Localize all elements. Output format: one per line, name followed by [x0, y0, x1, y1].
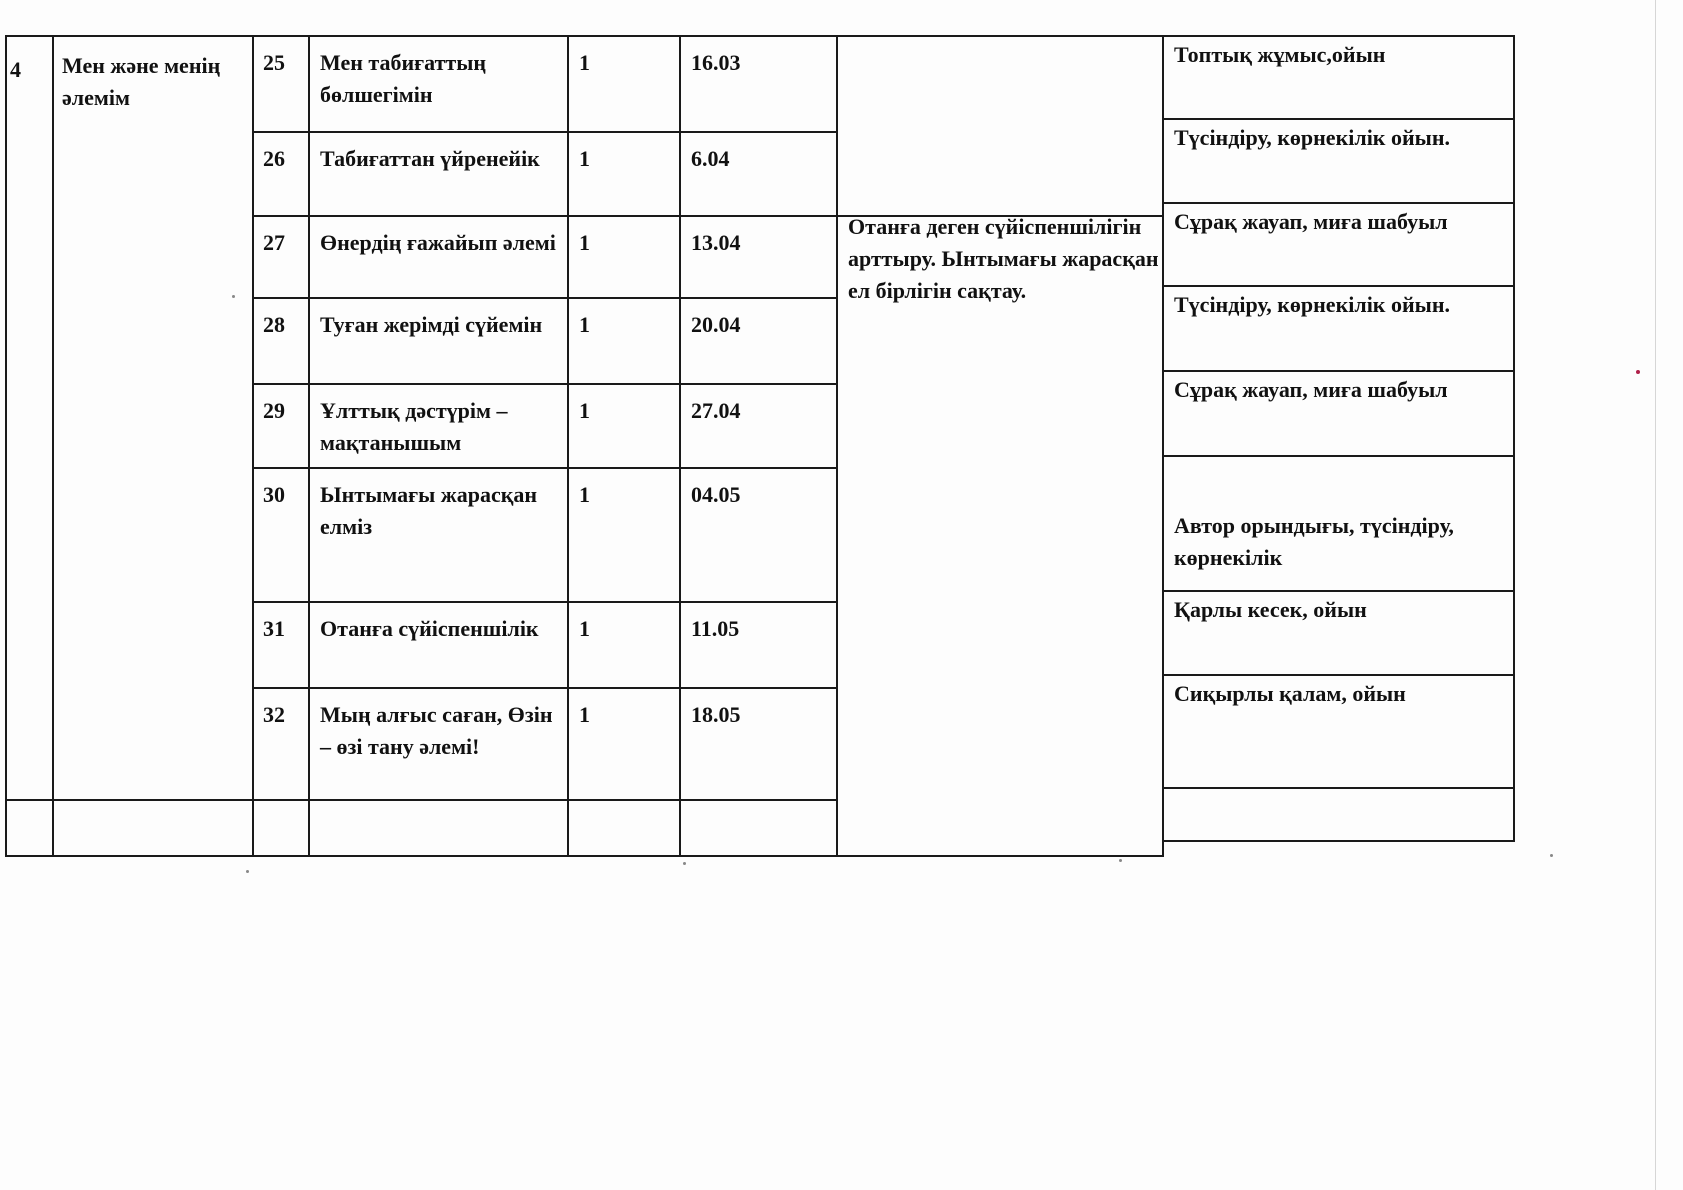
lesson-method: Қарлы кесек, ойын	[1174, 594, 1504, 626]
lesson-date: 13.04	[691, 227, 831, 259]
lesson-hours: 1	[579, 395, 669, 427]
lesson-hours: 1	[579, 479, 669, 511]
table-rule	[5, 35, 7, 857]
lesson-number: 27	[263, 227, 308, 259]
lesson-number: 30	[263, 479, 308, 511]
page-edge	[1655, 0, 1656, 1190]
lesson-number: 25	[263, 47, 308, 79]
lesson-method: Сұрақ жауап, миға шабуыл	[1174, 374, 1504, 406]
table-rule	[1162, 285, 1515, 287]
lesson-hours: 1	[579, 699, 669, 731]
table-rule	[5, 799, 254, 801]
table-rule	[252, 383, 838, 385]
table-rule	[252, 687, 838, 689]
lesson-topic: Туған жерімді сүйемін	[320, 309, 560, 341]
table-rule	[1513, 35, 1515, 842]
lesson-topic: Мың алғыс саған, Өзін – өзі тану әлемі!	[320, 699, 560, 763]
table-rule	[567, 35, 569, 857]
lesson-method: Түсіндіру, көрнекілік ойын.	[1174, 289, 1504, 321]
table-rule	[5, 35, 1515, 37]
lesson-date: 04.05	[691, 479, 831, 511]
lesson-hours: 1	[579, 227, 669, 259]
lesson-topic: Мен табиғаттың бөлшегімін	[320, 47, 560, 111]
lesson-number: 31	[263, 613, 308, 645]
table-rule	[252, 799, 838, 801]
lesson-hours: 1	[579, 309, 669, 341]
lesson-method: Сиқырлы қалам, ойын	[1174, 678, 1504, 710]
table-rule	[252, 131, 838, 133]
lesson-date: 27.04	[691, 395, 831, 427]
lesson-date: 6.04	[691, 143, 831, 175]
section-title: Мен және менің әлемім	[62, 50, 250, 114]
table-rule	[1162, 35, 1164, 857]
lesson-hours: 1	[579, 613, 669, 645]
table-rule	[1162, 590, 1515, 592]
table-rule	[252, 215, 838, 217]
table-rule	[1162, 370, 1515, 372]
table-rule	[252, 467, 838, 469]
table-rule	[1162, 118, 1515, 120]
lesson-date: 18.05	[691, 699, 831, 731]
lesson-topic: Өнердің ғажайып әлемі	[320, 227, 560, 259]
table-rule	[1162, 455, 1515, 457]
lesson-date: 16.03	[691, 47, 831, 79]
lesson-topic: Ұлттық дәстүрім – мақтанышым	[320, 395, 560, 459]
lesson-goal: Отанға деген сүйіспеншілігін арттыру. Ын…	[848, 211, 1160, 307]
lesson-hours: 1	[579, 143, 669, 175]
lesson-topic: Табиғаттан үйренейік	[320, 143, 560, 175]
lesson-number: 29	[263, 395, 308, 427]
lesson-method: Топтық жұмыс,ойын	[1174, 39, 1504, 71]
lesson-date: 20.04	[691, 309, 831, 341]
table-rule	[1162, 840, 1515, 842]
table-rule	[836, 35, 838, 857]
table-rule	[5, 855, 1164, 857]
lesson-date: 11.05	[691, 613, 831, 645]
lesson-method: Сұрақ жауап, миға шабуыл	[1174, 206, 1504, 238]
lesson-number: 32	[263, 699, 308, 731]
table-rule	[52, 35, 54, 857]
table-rule	[679, 35, 681, 857]
lesson-topic: Ынтымағы жарасқан елміз	[320, 479, 560, 543]
table-rule	[1162, 674, 1515, 676]
table-rule	[252, 297, 838, 299]
table-rule	[1162, 787, 1515, 789]
lesson-topic: Отанға сүйіспеншілік	[320, 613, 560, 645]
table-rule	[1162, 202, 1515, 204]
table-rule	[308, 35, 310, 857]
lesson-method: Автор орындығы, түсіндіру, көрнекілік	[1174, 510, 1504, 574]
lesson-hours: 1	[579, 47, 669, 79]
section-number: 4	[10, 54, 50, 86]
lesson-number: 28	[263, 309, 308, 341]
lesson-method: Түсіндіру, көрнекілік ойын.	[1174, 122, 1504, 154]
table-rule	[252, 601, 838, 603]
lesson-number: 26	[263, 143, 308, 175]
table-rule	[252, 35, 254, 857]
